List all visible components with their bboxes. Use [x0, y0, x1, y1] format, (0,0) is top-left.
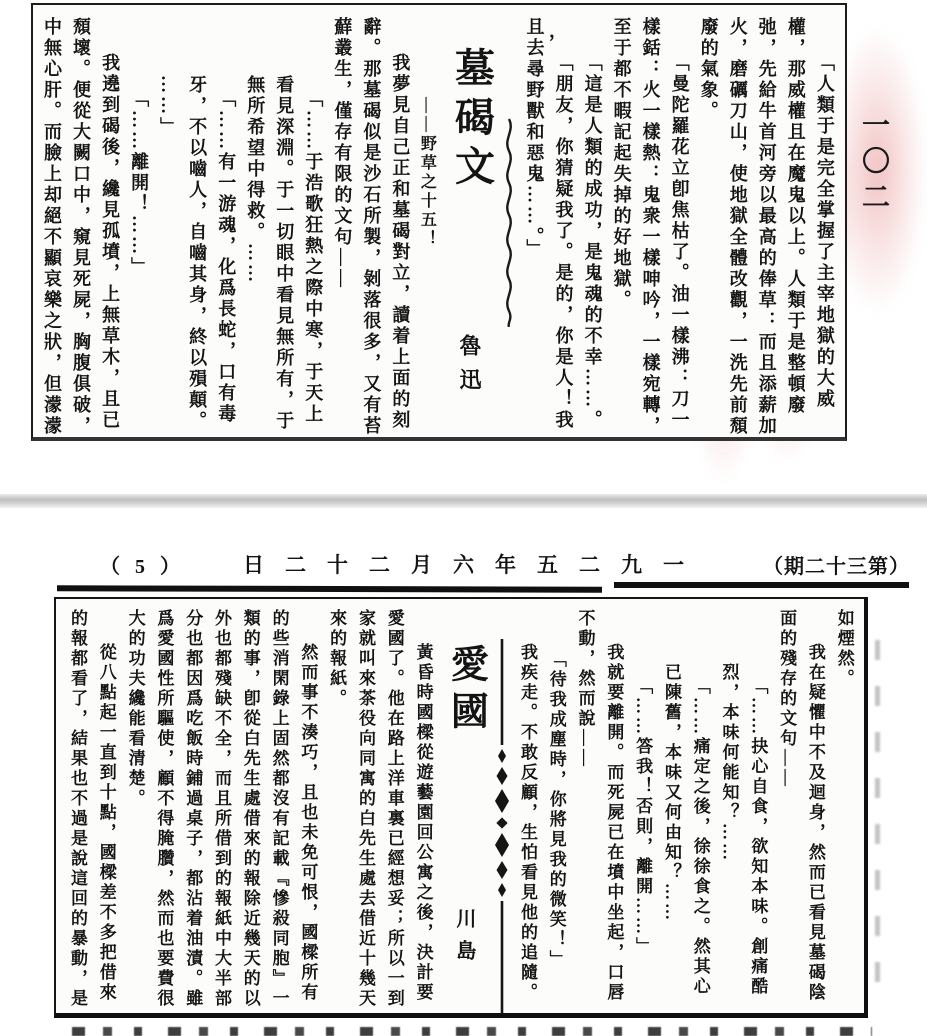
text-column: 類的事，卽從白先生處借來的報除近幾天的以	[237, 609, 263, 1007]
article-title-column: 愛國川島	[438, 609, 490, 1007]
text-column: 面的殘存的文句——	[773, 609, 799, 1007]
text-column: 牙，不以嚙人，自嚙其身，終以殞顛。	[186, 17, 210, 433]
text-column: 「這是人類的成功，是鬼魂的不幸……。	[582, 17, 606, 433]
article-title-column: 墓碣文魯迅	[443, 17, 495, 433]
text-column: 火，磨礪刀山，使地獄全體改觀，一洗先前頹	[727, 17, 751, 433]
text-column: 弛，先給牛首河旁以最高的俸草：而且添薪加	[756, 17, 780, 433]
text-block-frame-bottom: 如煙然。我在疑懼中不及迴身，然而已看見墓碣陰面的殘存的文句——「……抉心自食，欲…	[54, 597, 868, 1018]
header-issue-number: （期二十三第）	[763, 550, 910, 579]
text-column: 大的功夫纔能看清楚。	[122, 609, 148, 1007]
text-column: 無所希望中得救。……	[244, 17, 268, 433]
header-rule-right	[614, 582, 909, 588]
issue-header: （ 5 ） 日二十二月六年五二九一 （期二十三第）	[100, 548, 910, 580]
text-column: 我夢見自己正和墓碣對立，讀着上面的刻	[389, 17, 413, 433]
wavy-line	[501, 117, 517, 327]
article-title: 墓碣文	[443, 47, 500, 194]
text-column: 分也都因爲吃飯時鋪過桌子，都沾着油漬。雖	[179, 609, 205, 1007]
text-column: 且去尋野獸和惡鬼……。」	[524, 17, 548, 433]
article-title: 愛國	[438, 644, 493, 738]
stray-comma-artifact: ，	[549, 17, 567, 43]
text-column: 我疾走。不敢反顧，生怕看見他的追隨。	[514, 609, 540, 1007]
text-column: 爲愛國性所驅使，顧不得腌臢，然而也要費很	[150, 609, 176, 1007]
text-column: 不動，然而說——	[572, 609, 598, 1007]
text-column: 權，那威權且在魔鬼以上。人類于是整頓廢	[785, 17, 809, 433]
text-column: 看見深淵。于一切眼中看見無所有，于	[273, 17, 297, 433]
text-column: 我在疑懼中不及迴身，然而已看見墓碣陰	[802, 609, 828, 1007]
text-column: 我遶到碣後，纔見孤墳，上無草木，且已	[99, 17, 123, 433]
margin-smudge	[875, 640, 880, 990]
text-column: 「……于浩歌狂熱之際中寒，于天上	[302, 17, 326, 433]
text-column: ……」	[157, 17, 181, 433]
text-block-frame-top: 「人類于是完全掌握了主宰地獄的大威權，那威權且在魔鬼以上。人類于是整頓廢弛，先給…	[31, 3, 847, 441]
text-column: 「……答我！否則，離開……」	[629, 609, 655, 1007]
text-column: 「曼陀羅花立卽焦枯了。油一樣沸：刀一	[669, 17, 693, 433]
ornament-rule	[493, 639, 511, 1014]
article-subtitle: ——野草之十五！	[418, 17, 438, 433]
page-number: 一〇二	[853, 110, 893, 218]
text-column: 的報都看了，結果也不過是說這回的暴動，是	[64, 609, 90, 1007]
text-column: 樣銛：火一樣熱：鬼衆一樣呻吟，一樣宛轉，	[640, 17, 664, 433]
text-column: 的些消閑錄上固然都沒有記載『慘殺同胞』一	[266, 609, 292, 1007]
text-column: 中無心肝。而臉上却絕不顯哀樂之狀，但濛濛	[41, 17, 65, 433]
text-column: 烈，本味何能知？……	[716, 609, 742, 1007]
text-column: 來的報紙。	[323, 609, 349, 1007]
text-column: 至于都不暇記起失掉的好地獄。	[611, 17, 635, 433]
text-column: 愛國了。他在路上洋車裏已經想妥；所以一到	[381, 609, 407, 1007]
text-column: 從八點起一直到十點，國樑差不多把借來	[93, 609, 119, 1007]
text-column: 家就叫來茶役向同寓的白先生處去借近十幾天	[352, 609, 378, 1007]
article-author: 魯迅	[454, 334, 485, 402]
article-author: 川島	[450, 908, 479, 972]
wavy-section-divider	[500, 17, 518, 433]
cutoff-text-fragments	[72, 1027, 872, 1036]
text-column: 「待我成塵時，你將見我的微笑！」	[543, 609, 569, 1007]
text-column: 蘚叢生，僅存有限的文句——	[331, 17, 355, 433]
text-column: 外也都殘缺不全，而且所借到的報紙中大半部	[208, 609, 234, 1007]
text-column: 「……離開！……」	[128, 17, 152, 433]
text-column: 「朋友，你猜疑我了。是的，你是人！我	[553, 17, 577, 433]
text-column: 「人類于是完全掌握了主宰地獄的大威	[814, 17, 838, 433]
text-column: 然而事不湊巧，且也未免可恨，國樑所有	[294, 609, 320, 1007]
text-column: 已陳舊，本味又何由知？……	[658, 609, 684, 1007]
text-column: 辭。那墓碣似是沙石所製，剝落很多，又有苔	[360, 17, 384, 433]
ornament-section-divider	[493, 609, 511, 1007]
text-column: 頹壞。便從大闕口中，窺見死屍，胸腹俱破，	[70, 17, 94, 433]
page-separator	[0, 494, 927, 508]
header-issue-date: 日二十二月六年五二九一	[243, 549, 705, 579]
text-column: 「……有一游魂，化爲長蛇，口有毒	[215, 17, 239, 433]
header-page-number: （ 5 ）	[100, 550, 185, 579]
header-rule-left	[57, 585, 602, 592]
text-column: 「……抉心自食，欲知本味。創痛酷	[744, 609, 770, 1007]
text-column: 我就要離開。而死屍已在墳中坐起，口唇	[600, 609, 626, 1007]
text-column: 廢的氣象。	[698, 17, 722, 433]
text-column: 如煙然。	[831, 609, 857, 1007]
text-column: 「……痛定之後，徐徐食之。然其心	[687, 609, 713, 1007]
text-column: 黃昏時國樑從遊藝園回公寓之後，決計要	[410, 609, 436, 1007]
